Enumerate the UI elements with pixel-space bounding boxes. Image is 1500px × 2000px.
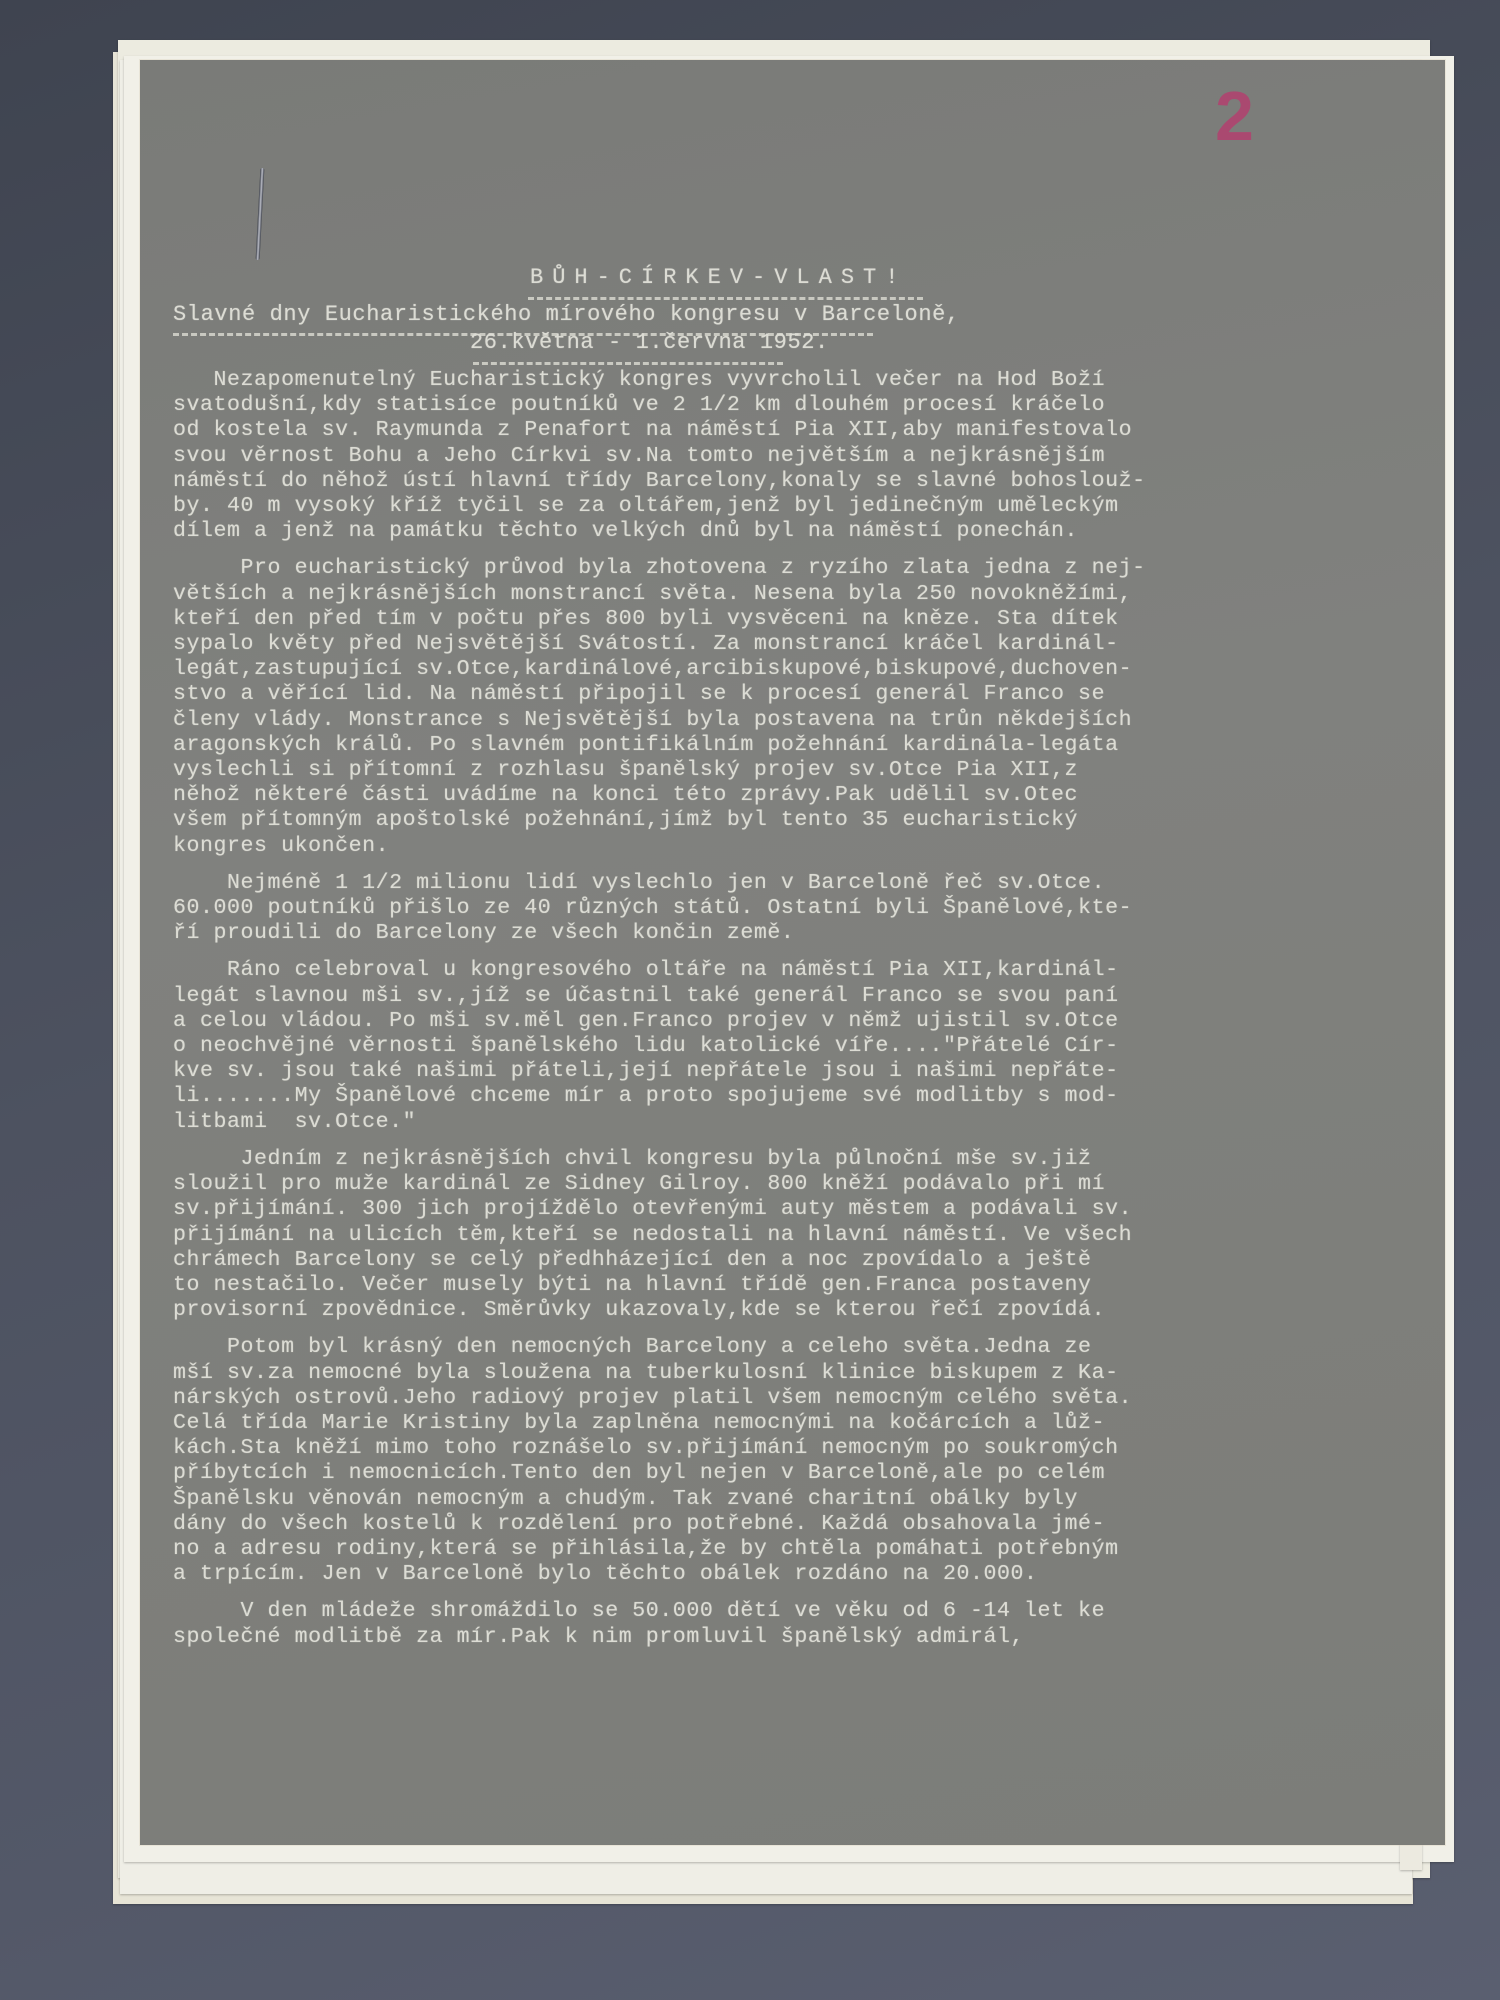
text-line: dílem a jenž na památku těchto velkých d… [173, 519, 1423, 544]
title-underline [528, 297, 923, 300]
text-line: Nezapomenutelný Eucharistický kongres vy… [173, 368, 1423, 393]
text-line: o neochvějné věrnosti španělského lidu k… [173, 1034, 1423, 1059]
text-line: no a adresu rodiny,která se přihlásila,ž… [173, 1537, 1423, 1562]
text-line: li.......My Španělové chceme mír a proto… [173, 1084, 1423, 1109]
page-number: 2 [1215, 76, 1254, 156]
text-line: Potom byl krásný den nemocných Barcelony… [173, 1335, 1423, 1360]
text-line: a celou vládou. Po mši sv.měl gen.Franco… [173, 1009, 1423, 1034]
text-line: nárských ostrovů.Jeho radiový projev pla… [173, 1386, 1423, 1411]
text-line: to nestačilo. Večer musely býti na hlavn… [173, 1273, 1423, 1298]
text-line: provisorní zpovědnice. Směrůvky ukazoval… [173, 1298, 1423, 1323]
document-title: BŮH-CÍRKEV-VLAST! [530, 265, 907, 290]
text-line: Ráno celebroval u kongresového oltáře na… [173, 958, 1423, 983]
text-line: legát slavnou mši sv.,jíž se účastnil ta… [173, 984, 1423, 1009]
text-line: kteří den před tím v počtu přes 800 byli… [173, 607, 1423, 632]
text-line: sypalo květy před Nejsvětější Svátostí. … [173, 632, 1423, 657]
text-line: svatodušní,kdy statisíce poutníků ve 2 1… [173, 393, 1423, 418]
text-line: něhož některé části uvádíme na konci tét… [173, 783, 1423, 808]
paragraph: Potom byl krásný den nemocných Barcelony… [173, 1335, 1423, 1587]
text-line: společné modlitbě za mír.Pak k nim proml… [173, 1625, 1423, 1650]
document-body: Nezapomenutelný Eucharistický kongres vy… [173, 368, 1423, 1662]
text-line: svou věrnost Bohu a Jeho Církvi sv.Na to… [173, 444, 1423, 469]
text-line: mší sv.za nemocné byla sloužena na tuber… [173, 1361, 1423, 1386]
text-line: stvo a věřící lid. Na náměstí připojil s… [173, 682, 1423, 707]
text-line: Celá třída Marie Kristiny byla zaplněna … [173, 1411, 1423, 1436]
text-line: všem přítomným apoštolské požehnání,jímž… [173, 808, 1423, 833]
text-line: by. 40 m vysoký kříž tyčil se za oltářem… [173, 494, 1423, 519]
paragraph: Nejméně 1 1/2 milionu lidí vyslechlo jen… [173, 871, 1423, 947]
text-line: Nejméně 1 1/2 milionu lidí vyslechlo jen… [173, 871, 1423, 896]
text-line: sloužil pro muže kardinál ze Sidney Gilr… [173, 1172, 1423, 1197]
text-line: dány do všech kostelů k rozdělení pro po… [173, 1512, 1423, 1537]
text-line: kve sv. jsou také našimi přáteli,její ne… [173, 1059, 1423, 1084]
dates-underline [473, 362, 783, 365]
text-line: náměstí do něhož ústí hlavní třídy Barce… [173, 469, 1423, 494]
text-line: od kostela sv. Raymunda z Penafort na ná… [173, 418, 1423, 443]
text-line: členy vlády. Monstrance s Nejsvětější by… [173, 708, 1423, 733]
paragraph: Pro eucharistický průvod byla zhotovena … [173, 556, 1423, 858]
text-line: Španělsku věnován nemocným a chudým. Tak… [173, 1487, 1423, 1512]
staple-icon [256, 168, 265, 260]
text-line: přijímání na ulicích těm,kteří se nedost… [173, 1223, 1423, 1248]
text-line: větších a nejkrásnějších monstrancí svět… [173, 582, 1423, 607]
text-line: kongres ukončen. [173, 834, 1423, 859]
typewritten-page: 2 BŮH-CÍRKEV-VLAST! Slavné dny Eucharist… [140, 60, 1445, 1845]
text-line: příbytcích i nemocnicích.Tento den byl n… [173, 1461, 1423, 1486]
paragraph: Nezapomenutelný Eucharistický kongres vy… [173, 368, 1423, 544]
text-line: a trpícím. Jen v Barceloně bylo těchto o… [173, 1562, 1423, 1587]
text-line: litbami sv.Otce." [173, 1110, 1423, 1135]
text-line: ří proudili do Barcelony ze všech končin… [173, 921, 1423, 946]
text-line: chrámech Barcelony se celý předhházející… [173, 1248, 1423, 1273]
document-dates: 26.května - 1.června 1952. [470, 330, 829, 355]
text-line: Jedním z nejkrásnějších chvil kongresu b… [173, 1147, 1423, 1172]
text-line: sv.přijímání. 300 jich projíždělo otevře… [173, 1197, 1423, 1222]
text-line: aragonských králů. Po slavném pontifikál… [173, 733, 1423, 758]
text-line: 60.000 poutníků přišlo ze 40 různých stá… [173, 896, 1423, 921]
document-subtitle: Slavné dny Eucharistického mírového kong… [173, 302, 960, 327]
paragraph: V den mládeže shromáždilo se 50.000 dětí… [173, 1599, 1423, 1649]
text-line: V den mládeže shromáždilo se 50.000 dětí… [173, 1599, 1423, 1624]
paragraph: Ráno celebroval u kongresového oltáře na… [173, 958, 1423, 1134]
text-line: kách.Sta kněží mimo toho roznášelo sv.př… [173, 1436, 1423, 1461]
text-line: Pro eucharistický průvod byla zhotovena … [173, 556, 1423, 581]
text-line: vyslechli si přítomní z rozhlasu španěls… [173, 758, 1423, 783]
paragraph: Jedním z nejkrásnějších chvil kongresu b… [173, 1147, 1423, 1323]
text-line: legát,zastupující sv.Otce,kardinálové,ar… [173, 657, 1423, 682]
